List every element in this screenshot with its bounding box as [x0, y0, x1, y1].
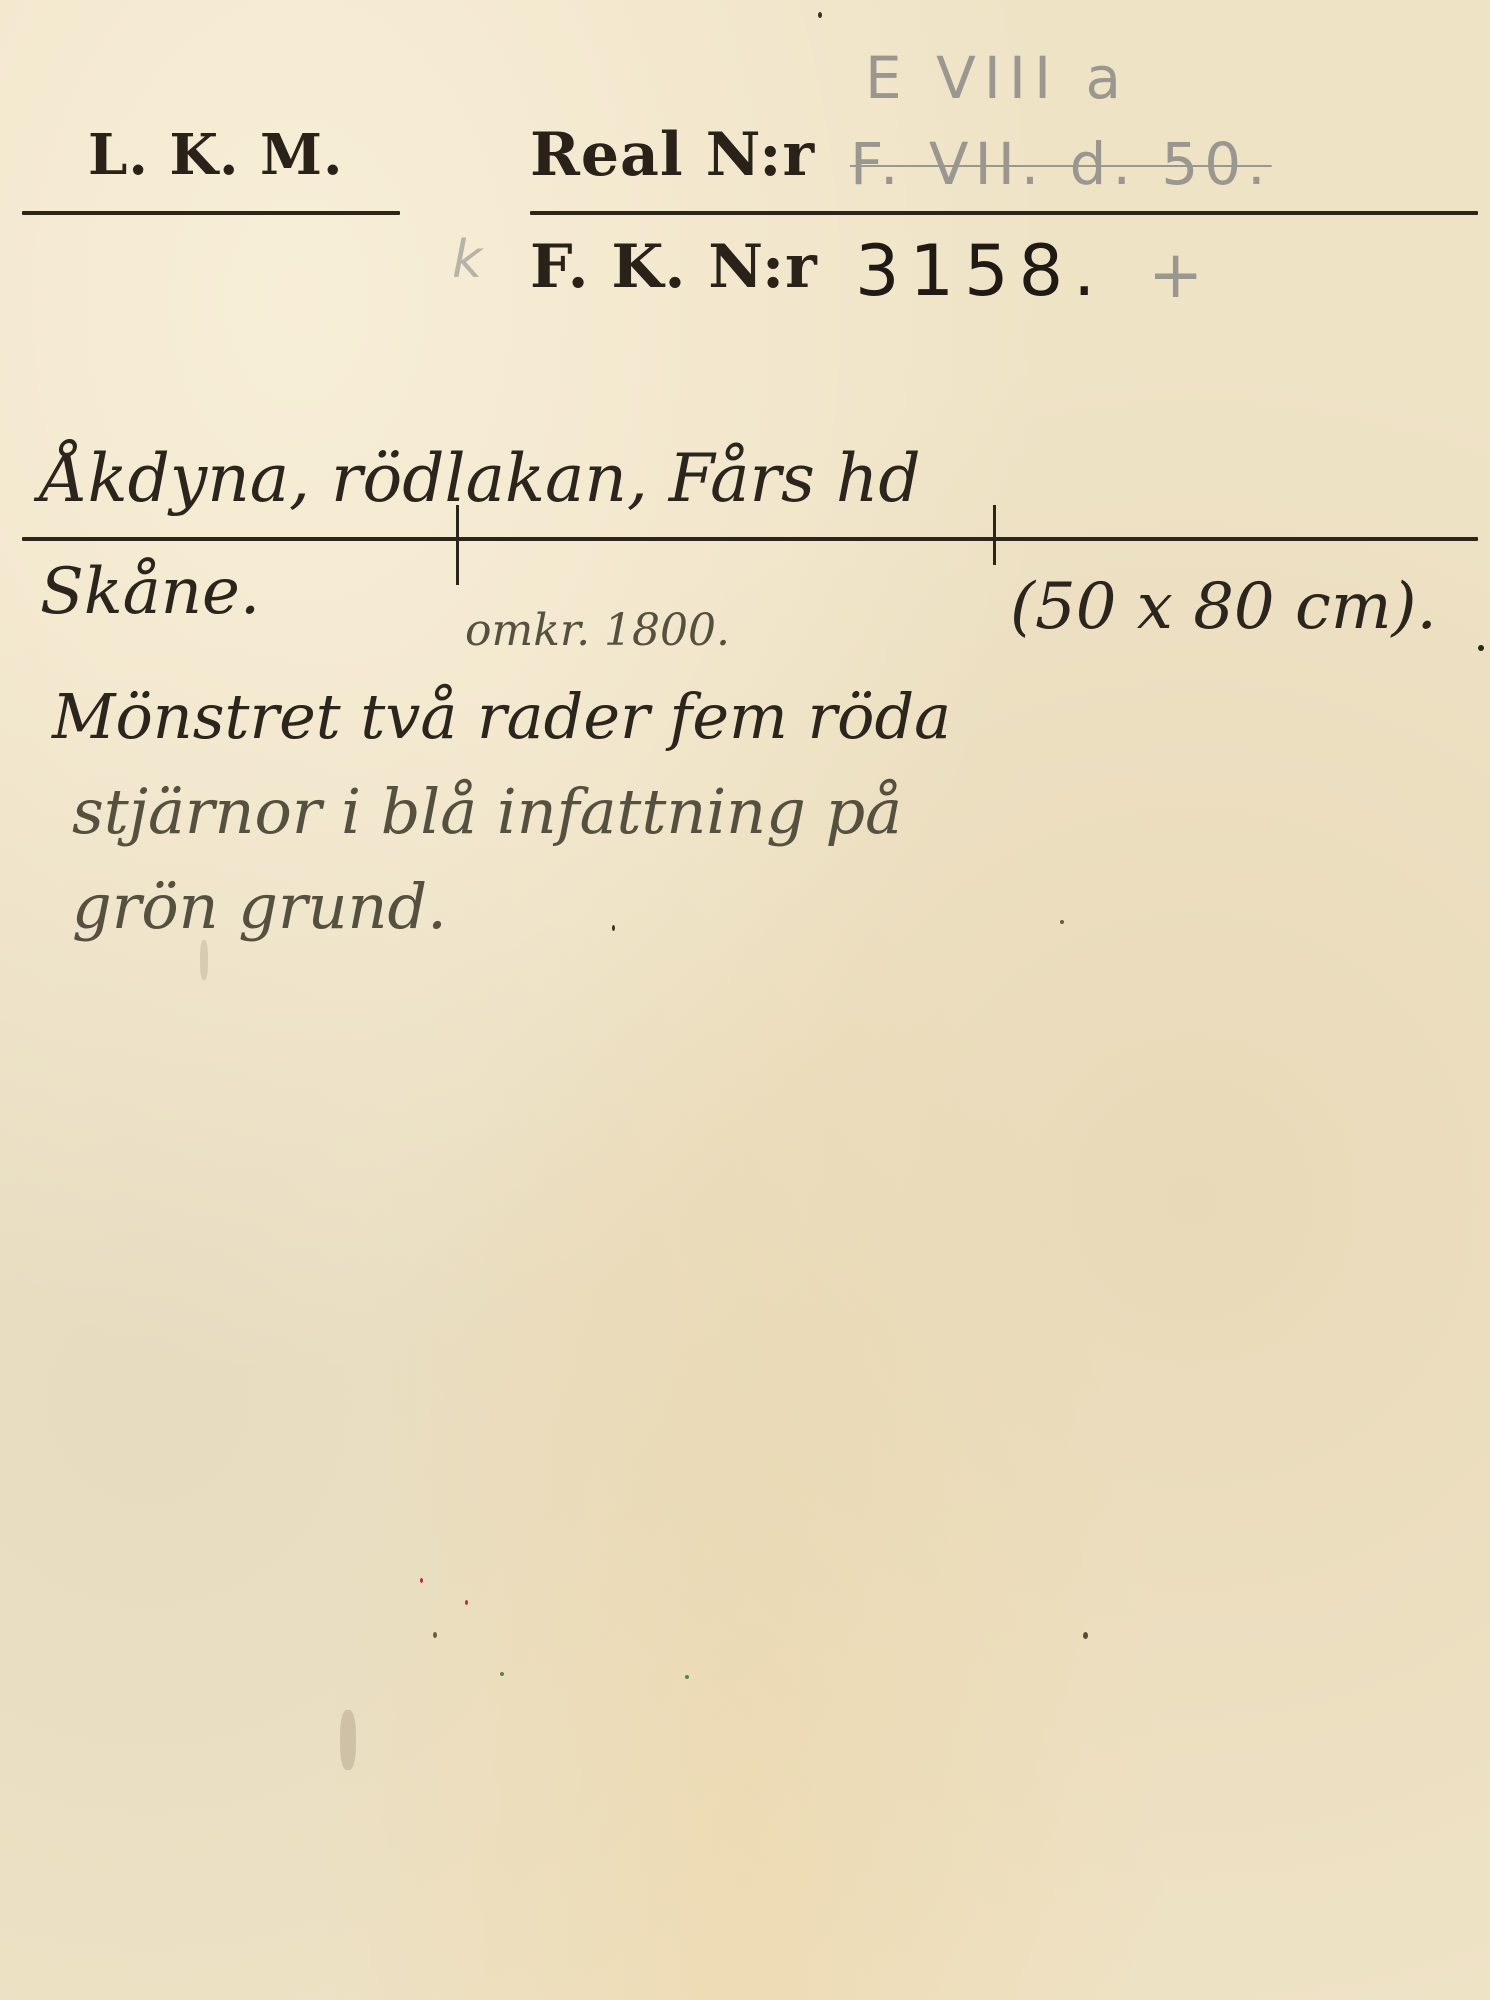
title-divider-tick-1	[456, 505, 459, 585]
paper-speck	[465, 1600, 468, 1605]
description-line-3: grön grund.	[72, 870, 447, 943]
real-nr-label: Real N:r	[530, 120, 815, 190]
description-line-1: Mönstret två rader fem röda	[52, 680, 951, 753]
paper-speck	[1478, 645, 1484, 651]
item-dimensions: (50 x 80 cm).	[1010, 570, 1437, 644]
header-rule-right	[530, 211, 1478, 215]
fk-nr-pencil-mark: +	[1148, 236, 1203, 313]
paper-speck	[612, 925, 615, 931]
archive-index-card: L. K. M. E VIII a Real N:r F. VII. d. 50…	[0, 0, 1490, 2000]
paper-speck	[433, 1632, 437, 1638]
paper-speck	[420, 1578, 423, 1583]
faint-margin-mark: k	[452, 230, 482, 290]
paper-speck	[685, 1675, 689, 1679]
item-date-note: omkr. 1800.	[465, 605, 730, 656]
description-line-2: stjärnor i blå infattning på	[72, 775, 902, 848]
paper-stain	[200, 940, 208, 980]
title-rule	[22, 537, 1478, 541]
real-nr-old-value: F. VII. d. 50.	[850, 130, 1272, 198]
fk-nr-label: F. K. N:r	[530, 232, 818, 302]
institution-label: L. K. M.	[88, 122, 344, 188]
paper-speck	[1060, 920, 1064, 924]
paper-speck	[818, 12, 822, 18]
item-title: Åkdyna, rödlakan, Fårs hd	[40, 440, 921, 517]
paper-speck	[1083, 1632, 1088, 1639]
fk-nr-value: 3158.	[855, 230, 1105, 312]
item-location: Skåne.	[40, 555, 260, 629]
real-nr-new-value: E VIII a	[865, 44, 1129, 112]
title-divider-tick-2	[993, 505, 996, 565]
paper-stain	[340, 1710, 356, 1770]
header-rule-left	[22, 211, 400, 215]
paper-speck	[500, 1672, 504, 1676]
